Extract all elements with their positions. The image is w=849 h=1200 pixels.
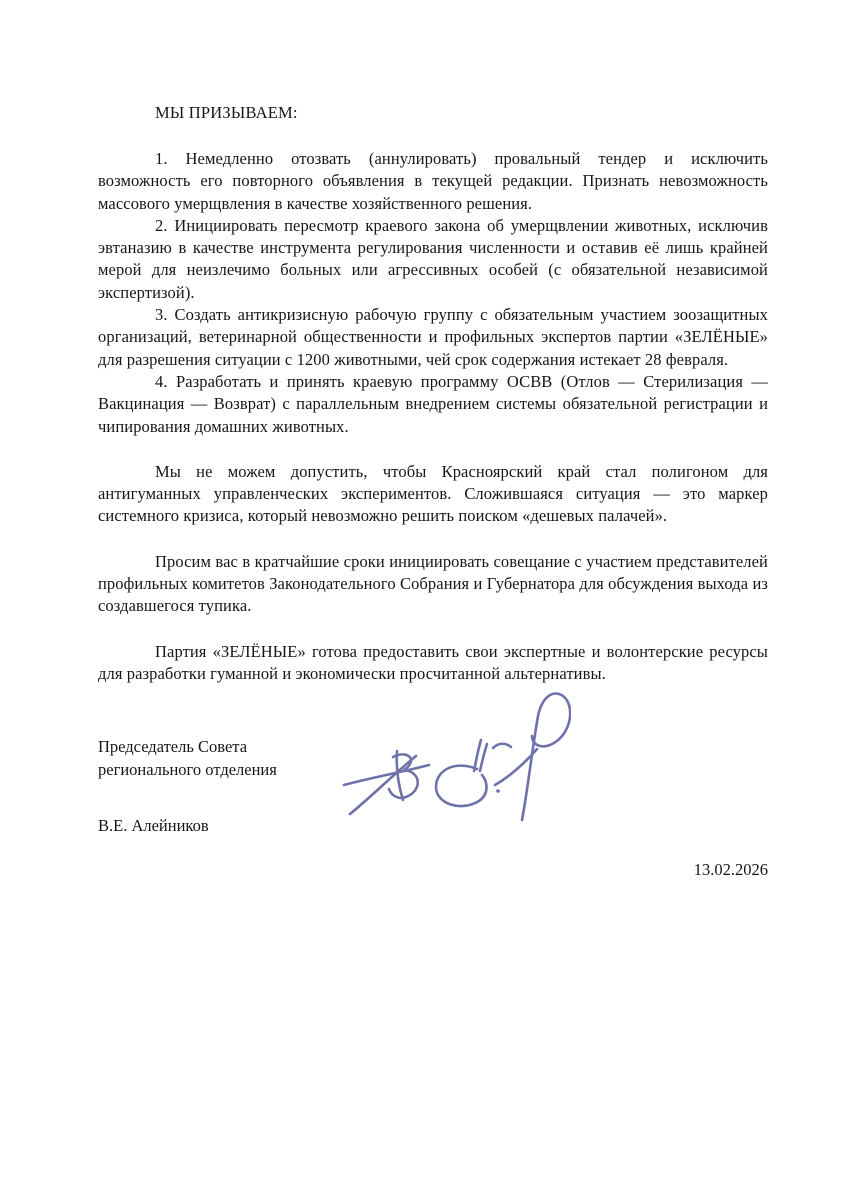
demand-paragraph-2: 2. Инициировать пересмотр краевого закон… xyxy=(98,215,768,304)
letter-page: МЫ ПРИЗЫВАЕМ: 1. Немедленно отозвать (ан… xyxy=(0,0,849,1200)
signer-title-line1: Председатель Совета xyxy=(98,735,768,758)
signature-block: Председатель Совета регионального отделе… xyxy=(98,735,768,837)
demand-paragraph-4: 4. Разработать и принять краевую програм… xyxy=(98,371,768,438)
signer-title-line2: регионального отделения xyxy=(98,758,768,781)
signer-name: В.Е. Алейников xyxy=(98,815,768,837)
body-paragraph-request: Просим вас в кратчайшие сроки инициирова… xyxy=(98,551,768,618)
demand-paragraph-3: 3. Создать антикризисную рабочую группу … xyxy=(98,304,768,371)
demand-paragraph-1: 1. Немедленно отозвать (аннулировать) пр… xyxy=(98,148,768,215)
body-paragraph-offer: Партия «ЗЕЛЁНЫЕ» готова предоставить сво… xyxy=(98,641,768,686)
body-paragraph-warning: Мы не можем допустить, чтобы Красноярски… xyxy=(98,461,768,528)
letter-heading: МЫ ПРИЗЫВАЕМ: xyxy=(98,102,768,124)
letter-date: 13.02.2026 xyxy=(98,859,768,881)
